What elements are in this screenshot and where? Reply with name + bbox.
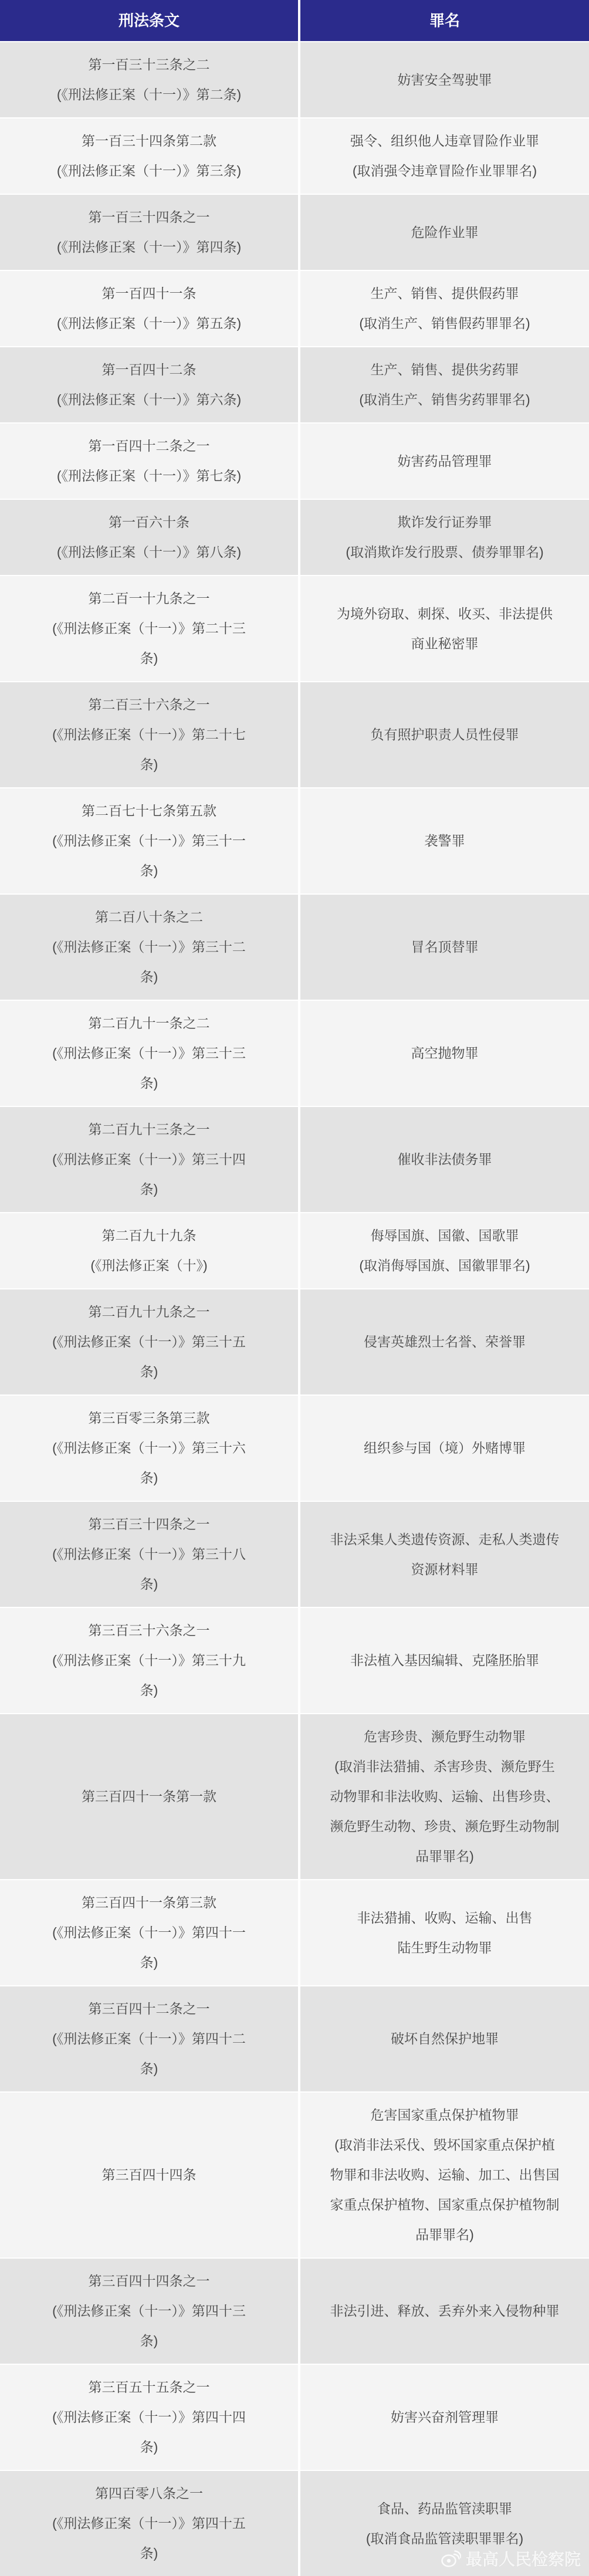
table-row: 第三百四十一条第三款 (《刑法修正案（十一）》第四十一 条) 非法猎捕、收购、运… — [0, 1880, 589, 1985]
table-row: 第三百四十二条之一 (《刑法修正案（十一）》第四十二 条) 破坏自然保护地罪 — [0, 1986, 589, 2091]
table-row: 第三百四十四条之一 (《刑法修正案（十一）》第四十三 条) 非法引进、释放、丢弃… — [0, 2259, 589, 2364]
crime-cell: 侵害英雄烈士名誉、荣誉罪 — [300, 1289, 589, 1394]
criminal-law-amendment-table-page: 刑法条文 罪名 第一百三十三条之二 (《刑法修正案（十一）》第二条) 妨害安全驾… — [0, 0, 589, 2576]
crime-cell: 非法植入基因编辑、克隆胚胎罪 — [300, 1608, 589, 1713]
crime-cell: 非法引进、释放、丢弃外来入侵物种罪 — [300, 2259, 589, 2364]
crime-cell: 危害国家重点保护植物罪 (取消非法采伐、毁坏国家重点保护植 物罪和非法收购、运输… — [300, 2093, 589, 2257]
article-cell: 第二百一十九条之一 (《刑法修正案（十一）》第二十三 条) — [0, 576, 298, 681]
table-row: 第二百三十六条之一 (《刑法修正案（十一）》第二十七 条) 负有照护职责人员性侵… — [0, 682, 589, 787]
crime-cell: 高空抛物罪 — [300, 1001, 589, 1106]
table-row: 第三百四十四条 危害国家重点保护植物罪 (取消非法采伐、毁坏国家重点保护植 物罪… — [0, 2093, 589, 2257]
table-row: 第二百九十三条之一 (《刑法修正案（十一）》第三十四 条) 催收非法债务罪 — [0, 1107, 589, 1212]
table-row: 第二百七十七条第五款 (《刑法修正案（十一）》第三十一 条) 袭警罪 — [0, 788, 589, 893]
table-row: 第三百三十四条之一 (《刑法修正案（十一）》第三十八 条) 非法采集人类遗传资源… — [0, 1502, 589, 1607]
article-cell: 第二百九十一条之二 (《刑法修正案（十一）》第三十三 条) — [0, 1001, 298, 1106]
crime-cell: 冒名顶替罪 — [300, 895, 589, 1000]
crime-cell: 欺诈发行证券罪 (取消欺诈发行股票、债券罪罪名) — [300, 500, 589, 575]
crime-cell: 食品、药品监管渎职罪 (取消食品监管渎职罪罪名) — [300, 2471, 589, 2576]
table-row: 第一百四十二条之一 (《刑法修正案（十一）》第七条) 妨害药品管理罪 — [0, 424, 589, 499]
article-cell: 第四百零八条之一 (《刑法修正案（十一）》第四十五 条) — [0, 2471, 298, 2576]
crime-cell: 妨害兴奋剂管理罪 — [300, 2365, 589, 2470]
table-body: 第一百三十三条之二 (《刑法修正案（十一）》第二条) 妨害安全驾驶罪 第一百三十… — [0, 42, 589, 2576]
article-cell: 第二百九十九条之一 (《刑法修正案（十一）》第三十五 条) — [0, 1289, 298, 1394]
crime-cell: 生产、销售、提供劣药罪 (取消生产、销售劣药罪罪名) — [300, 347, 589, 422]
crime-cell: 非法猎捕、收购、运输、出售 陆生野生动物罪 — [300, 1880, 589, 1985]
crime-cell: 危险作业罪 — [300, 195, 589, 270]
article-cell: 第二百三十六条之一 (《刑法修正案（十一）》第二十七 条) — [0, 682, 298, 787]
crime-cell: 生产、销售、提供假药罪 (取消生产、销售假药罪罪名) — [300, 271, 589, 346]
table-row: 第一百六十条 (《刑法修正案（十一）》第八条) 欺诈发行证券罪 (取消欺诈发行股… — [0, 500, 589, 575]
table-row: 第三百三十六条之一 (《刑法修正案（十一）》第三十九 条) 非法植入基因编辑、克… — [0, 1608, 589, 1713]
table-row: 第一百三十四条第二款 (《刑法修正案（十一）》第三条) 强令、组织他人违章冒险作… — [0, 119, 589, 194]
article-cell: 第一百三十三条之二 (《刑法修正案（十一）》第二条) — [0, 42, 298, 117]
article-cell: 第一百四十二条 (《刑法修正案（十一）》第六条) — [0, 347, 298, 422]
table-row: 第四百零八条之一 (《刑法修正案（十一）》第四十五 条) 食品、药品监管渎职罪 … — [0, 2471, 589, 2576]
article-cell: 第三百三十四条之一 (《刑法修正案（十一）》第三十八 条) — [0, 1502, 298, 1607]
article-cell: 第一百四十二条之一 (《刑法修正案（十一）》第七条) — [0, 424, 298, 499]
article-cell: 第三百四十一条第三款 (《刑法修正案（十一）》第四十一 条) — [0, 1880, 298, 1985]
table-row: 第二百九十一条之二 (《刑法修正案（十一）》第三十三 条) 高空抛物罪 — [0, 1001, 589, 1106]
article-cell: 第三百五十五条之一 (《刑法修正案（十一）》第四十四 条) — [0, 2365, 298, 2470]
crime-cell: 破坏自然保护地罪 — [300, 1986, 589, 2091]
article-cell: 第一百四十一条 (《刑法修正案（十一）》第五条) — [0, 271, 298, 346]
article-cell: 第一百三十四条之一 (《刑法修正案（十一）》第四条) — [0, 195, 298, 270]
article-cell: 第一百六十条 (《刑法修正案（十一）》第八条) — [0, 500, 298, 575]
article-cell: 第三百四十二条之一 (《刑法修正案（十一）》第四十二 条) — [0, 1986, 298, 2091]
table-row: 第三百五十五条之一 (《刑法修正案（十一）》第四十四 条) 妨害兴奋剂管理罪 — [0, 2365, 589, 2470]
article-cell: 第二百九十九条 (《刑法修正案（十》) — [0, 1213, 298, 1288]
article-cell: 第三百零三条第三款 (《刑法修正案（十一）》第三十六 条) — [0, 1396, 298, 1501]
header-crime-column: 罪名 — [300, 0, 589, 41]
table-row: 第一百三十三条之二 (《刑法修正案（十一）》第二条) 妨害安全驾驶罪 — [0, 42, 589, 117]
crime-cell: 催收非法债务罪 — [300, 1107, 589, 1212]
article-cell: 第三百三十六条之一 (《刑法修正案（十一）》第三十九 条) — [0, 1608, 298, 1713]
article-cell: 第二百九十三条之一 (《刑法修正案（十一）》第三十四 条) — [0, 1107, 298, 1212]
crime-cell: 为境外窃取、刺探、收买、非法提供 商业秘密罪 — [300, 576, 589, 681]
table-row: 第一百四十一条 (《刑法修正案（十一）》第五条) 生产、销售、提供假药罪 (取消… — [0, 271, 589, 346]
table-row: 第三百零三条第三款 (《刑法修正案（十一）》第三十六 条) 组织参与国（境）外赌… — [0, 1396, 589, 1501]
crime-cell: 非法采集人类遗传资源、走私人类遗传 资源材料罪 — [300, 1502, 589, 1607]
criminal-law-table: 刑法条文 罪名 第一百三十三条之二 (《刑法修正案（十一）》第二条) 妨害安全驾… — [0, 0, 589, 2576]
crime-cell: 袭警罪 — [300, 788, 589, 893]
crime-cell: 妨害药品管理罪 — [300, 424, 589, 499]
table-row: 第一百三十四条之一 (《刑法修正案（十一）》第四条) 危险作业罪 — [0, 195, 589, 270]
article-cell: 第二百七十七条第五款 (《刑法修正案（十一）》第三十一 条) — [0, 788, 298, 893]
crime-cell: 危害珍贵、濒危野生动物罪 (取消非法猎捕、杀害珍贵、濒危野生 动物罪和非法收购、… — [300, 1714, 589, 1879]
crime-cell: 侮辱国旗、国徽、国歌罪 (取消侮辱国旗、国徽罪罪名) — [300, 1213, 589, 1288]
header-article-column: 刑法条文 — [0, 0, 298, 41]
crime-cell: 负有照护职责人员性侵罪 — [300, 682, 589, 787]
table-row: 第二百九十九条之一 (《刑法修正案（十一）》第三十五 条) 侵害英雄烈士名誉、荣… — [0, 1289, 589, 1394]
table-row: 第二百八十条之二 (《刑法修正案（十一）》第三十二 条) 冒名顶替罪 — [0, 895, 589, 1000]
crime-cell: 强令、组织他人违章冒险作业罪 (取消强令违章冒险作业罪罪名) — [300, 119, 589, 194]
article-cell: 第三百四十一条第一款 — [0, 1714, 298, 1879]
table-row: 第三百四十一条第一款 危害珍贵、濒危野生动物罪 (取消非法猎捕、杀害珍贵、濒危野… — [0, 1714, 589, 1879]
table-header-row: 刑法条文 罪名 — [0, 0, 589, 41]
article-cell: 第二百八十条之二 (《刑法修正案（十一）》第三十二 条) — [0, 895, 298, 1000]
crime-cell: 组织参与国（境）外赌博罪 — [300, 1396, 589, 1501]
table-row: 第二百一十九条之一 (《刑法修正案（十一）》第二十三 条) 为境外窃取、刺探、收… — [0, 576, 589, 681]
article-cell: 第一百三十四条第二款 (《刑法修正案（十一）》第三条) — [0, 119, 298, 194]
table-row: 第一百四十二条 (《刑法修正案（十一）》第六条) 生产、销售、提供劣药罪 (取消… — [0, 347, 589, 422]
article-cell: 第三百四十四条 — [0, 2093, 298, 2257]
article-cell: 第三百四十四条之一 (《刑法修正案（十一）》第四十三 条) — [0, 2259, 298, 2364]
table-row: 第二百九十九条 (《刑法修正案（十》) 侮辱国旗、国徽、国歌罪 (取消侮辱国旗、… — [0, 1213, 589, 1288]
crime-cell: 妨害安全驾驶罪 — [300, 42, 589, 117]
